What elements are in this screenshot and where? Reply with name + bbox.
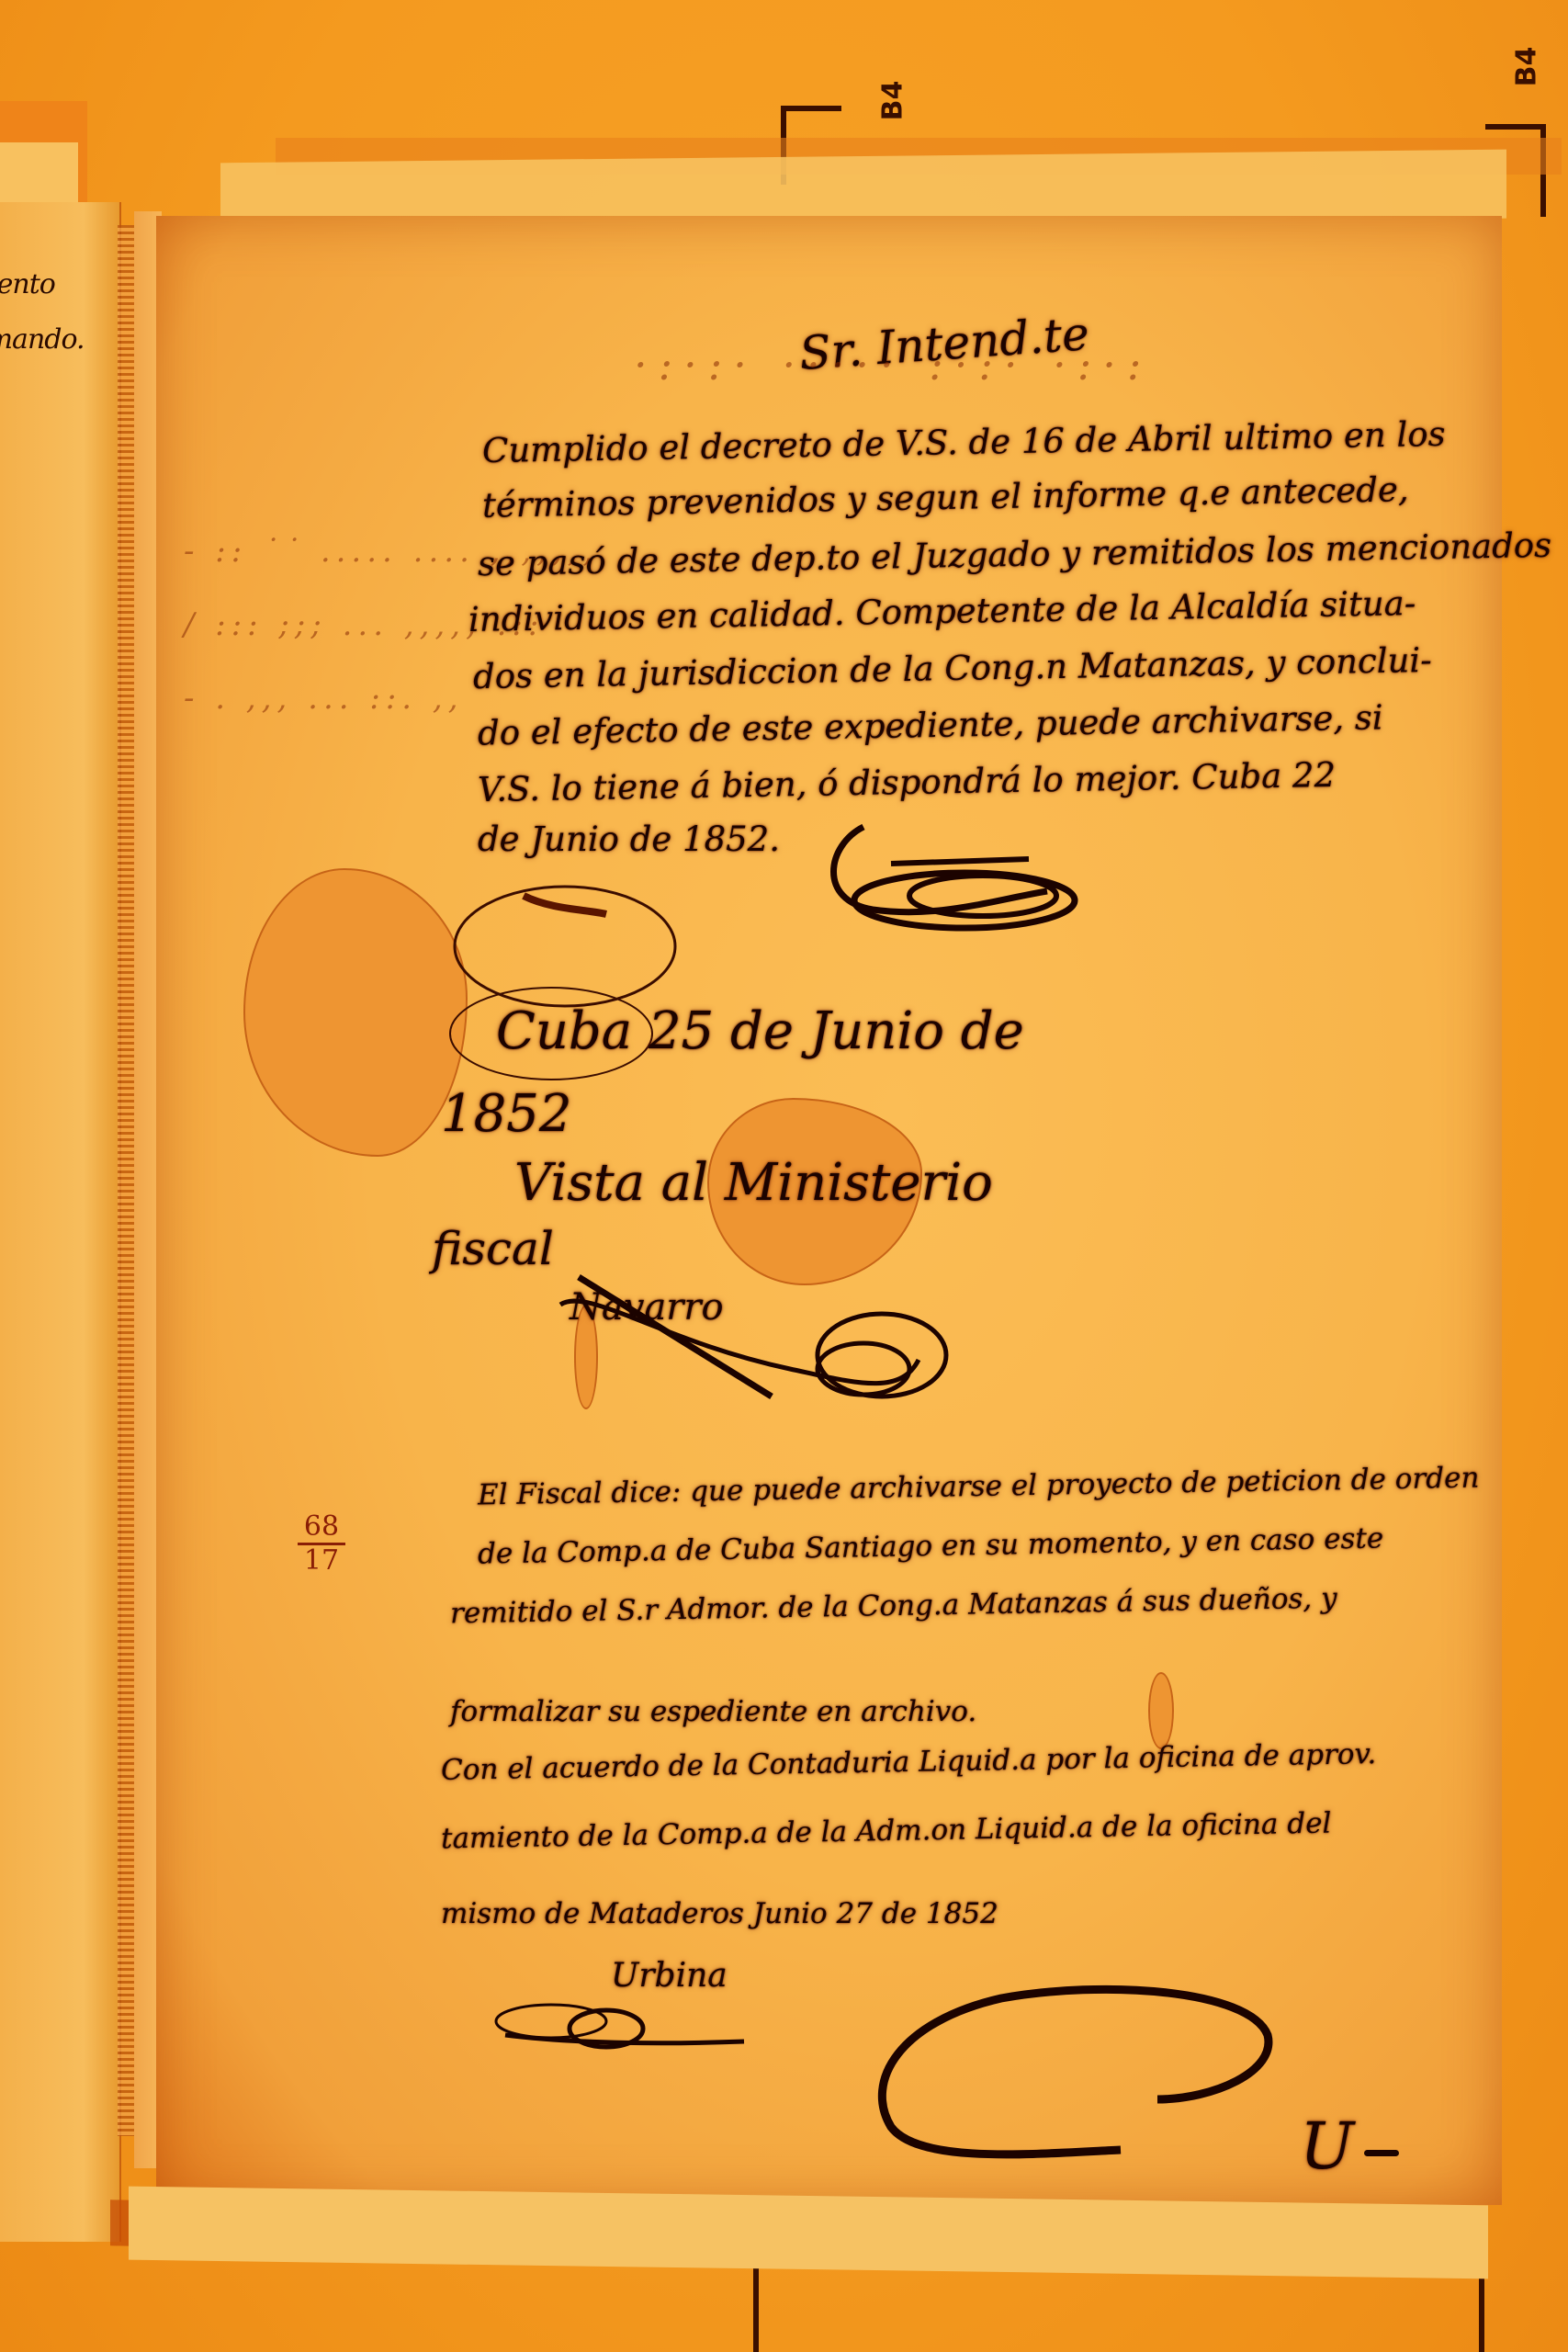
decree-date-line: Cuba 25 de Junio de — [496, 1001, 1024, 1061]
previous-leaf-text: ...tento ...mando. — [0, 257, 85, 367]
binding-tab-light — [0, 142, 78, 207]
decree-fiscal-line: fiscal — [432, 1222, 554, 1275]
rubric-dash — [1364, 2150, 1399, 2156]
decree-year: 1852 — [441, 1084, 572, 1144]
folio-number: 68 17 — [294, 1511, 349, 1577]
heading-bleed: ·:·:· ····· :·:· ·:·: — [634, 340, 1152, 390]
rubric-initial: U — [1300, 2109, 1354, 2184]
previous-leaf: ...tento ...mando. — [0, 202, 121, 2242]
signature-flourish-1 — [808, 808, 1121, 946]
signature-flourish-3 — [487, 1994, 762, 2058]
signature-flourish-2 — [551, 1268, 1029, 1424]
decree-vista-line: Vista al Ministerio — [514, 1153, 993, 1213]
drip-stain-small — [1148, 1672, 1174, 1749]
rubric-flourish — [845, 1980, 1323, 2173]
fiscal-signature-name: Urbina — [611, 1957, 728, 1995]
binding-stitch — [118, 225, 134, 2136]
crop-label-right: B4 — [1510, 47, 1542, 87]
report-line: de Junio de 1852. — [478, 820, 780, 859]
crop-label-left: B4 — [876, 81, 908, 121]
fiscal-line: formalizar su espediente en archivo. — [450, 1695, 976, 1728]
fiscal-line: mismo de Mataderos Junio 27 de 1852 — [441, 1897, 998, 1930]
